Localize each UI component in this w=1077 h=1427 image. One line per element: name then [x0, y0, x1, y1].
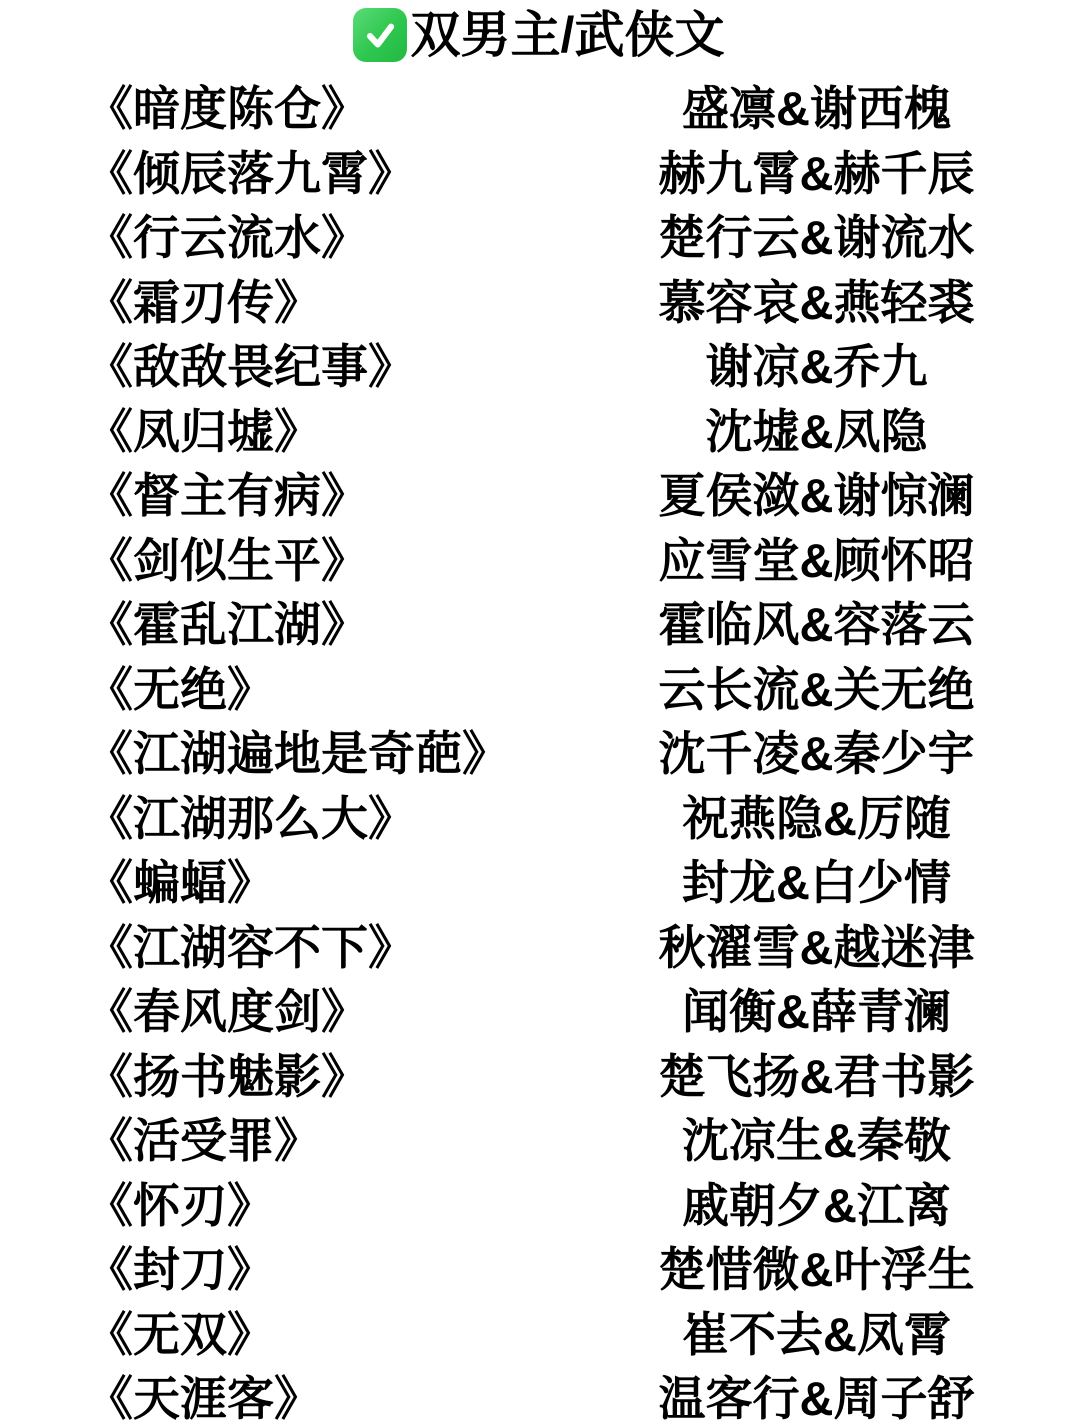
book-title: 《无双》 — [86, 1298, 564, 1365]
check-mark-icon — [353, 8, 407, 62]
book-title: 《活受罪》 — [86, 1104, 564, 1171]
list-item: 《敌敌畏纪事》 谢凉&乔九 — [0, 330, 1077, 395]
book-title: 《春风度剑》 — [86, 975, 564, 1042]
list-item: 《蝙蝠》 封龙&白少情 — [0, 846, 1077, 911]
list-item: 《霍乱江湖》 霍临风&容落云 — [0, 588, 1077, 653]
book-title: 《蝙蝠》 — [86, 846, 564, 913]
book-title: 《倾辰落九霄》 — [86, 137, 564, 204]
pairing-names: 沈墟&凤隐 — [564, 395, 1069, 462]
book-title: 《怀刃》 — [86, 1169, 564, 1236]
book-title: 《行云流水》 — [86, 201, 564, 268]
book-list: 《暗度陈仓》 盛凛&谢西槐 《倾辰落九霄》 赫九霄&赫千辰 《行云流水》 楚行云… — [0, 72, 1077, 1427]
book-title: 《江湖容不下》 — [86, 911, 564, 978]
book-title: 《剑似生平》 — [86, 524, 564, 591]
list-item: 《江湖那么大》 祝燕隐&厉随 — [0, 782, 1077, 847]
pairing-names: 戚朝夕&江离 — [564, 1169, 1069, 1236]
list-item: 《活受罪》 沈凉生&秦敬 — [0, 1104, 1077, 1169]
pairing-names: 楚行云&谢流水 — [564, 201, 1069, 268]
list-item: 《扬书魅影》 楚飞扬&君书影 — [0, 1040, 1077, 1105]
list-item: 《督主有病》 夏侯潋&谢惊澜 — [0, 459, 1077, 524]
book-title: 《天涯客》 — [86, 1362, 564, 1427]
list-item: 《江湖容不下》 秋濯雪&越迷津 — [0, 911, 1077, 976]
pairing-names: 祝燕隐&厉随 — [564, 782, 1069, 849]
pairing-names: 温客行&周子舒 — [564, 1362, 1069, 1427]
list-item: 《凤归墟》 沈墟&凤隐 — [0, 395, 1077, 460]
book-title: 《凤归墟》 — [86, 395, 564, 462]
list-item: 《江湖遍地是奇葩》 沈千凌&秦少宇 — [0, 717, 1077, 782]
pairing-names: 沈凉生&秦敬 — [564, 1104, 1069, 1171]
list-item: 《无双》 崔不去&凤霄 — [0, 1298, 1077, 1363]
book-title: 《江湖遍地是奇葩》 — [86, 717, 564, 784]
list-item: 《怀刃》 戚朝夕&江离 — [0, 1169, 1077, 1234]
pairing-names: 秋濯雪&越迷津 — [564, 911, 1069, 978]
list-item: 《倾辰落九霄》 赫九霄&赫千辰 — [0, 137, 1077, 202]
book-title: 《霍乱江湖》 — [86, 588, 564, 655]
pairing-names: 慕容哀&燕轻裘 — [564, 266, 1069, 333]
book-title: 《暗度陈仓》 — [86, 72, 564, 139]
page-title: 双男主/武侠文 — [411, 6, 725, 64]
pairing-names: 崔不去&凤霄 — [564, 1298, 1069, 1365]
list-item: 《天涯客》 温客行&周子舒 — [0, 1362, 1077, 1427]
book-title: 《扬书魅影》 — [86, 1040, 564, 1107]
pairing-names: 夏侯潋&谢惊澜 — [564, 459, 1069, 526]
pairing-names: 应雪堂&顾怀昭 — [564, 524, 1069, 591]
list-item: 《封刀》 楚惜微&叶浮生 — [0, 1233, 1077, 1298]
book-title: 《无绝》 — [86, 653, 564, 720]
book-title: 《督主有病》 — [86, 459, 564, 526]
list-item: 《无绝》 云长流&关无绝 — [0, 653, 1077, 718]
pairing-names: 盛凛&谢西槐 — [564, 72, 1069, 139]
page-header: 双男主/武侠文 — [0, 6, 1077, 64]
pairing-names: 云长流&关无绝 — [564, 653, 1069, 720]
pairing-names: 赫九霄&赫千辰 — [564, 137, 1069, 204]
book-title: 《敌敌畏纪事》 — [86, 330, 564, 397]
book-title: 《江湖那么大》 — [86, 782, 564, 849]
list-item: 《行云流水》 楚行云&谢流水 — [0, 201, 1077, 266]
list-item: 《剑似生平》 应雪堂&顾怀昭 — [0, 524, 1077, 589]
pairing-names: 沈千凌&秦少宇 — [564, 717, 1069, 784]
pairing-names: 谢凉&乔九 — [564, 330, 1069, 397]
pairing-names: 楚惜微&叶浮生 — [564, 1233, 1069, 1300]
pairing-names: 闻衡&薛青澜 — [564, 975, 1069, 1042]
book-title: 《霜刃传》 — [86, 266, 564, 333]
pairing-names: 楚飞扬&君书影 — [564, 1040, 1069, 1107]
book-title: 《封刀》 — [86, 1233, 564, 1300]
pairing-names: 霍临风&容落云 — [564, 588, 1069, 655]
pairing-names: 封龙&白少情 — [564, 846, 1069, 913]
list-item: 《暗度陈仓》 盛凛&谢西槐 — [0, 72, 1077, 137]
list-item: 《春风度剑》 闻衡&薛青澜 — [0, 975, 1077, 1040]
list-item: 《霜刃传》 慕容哀&燕轻裘 — [0, 266, 1077, 331]
